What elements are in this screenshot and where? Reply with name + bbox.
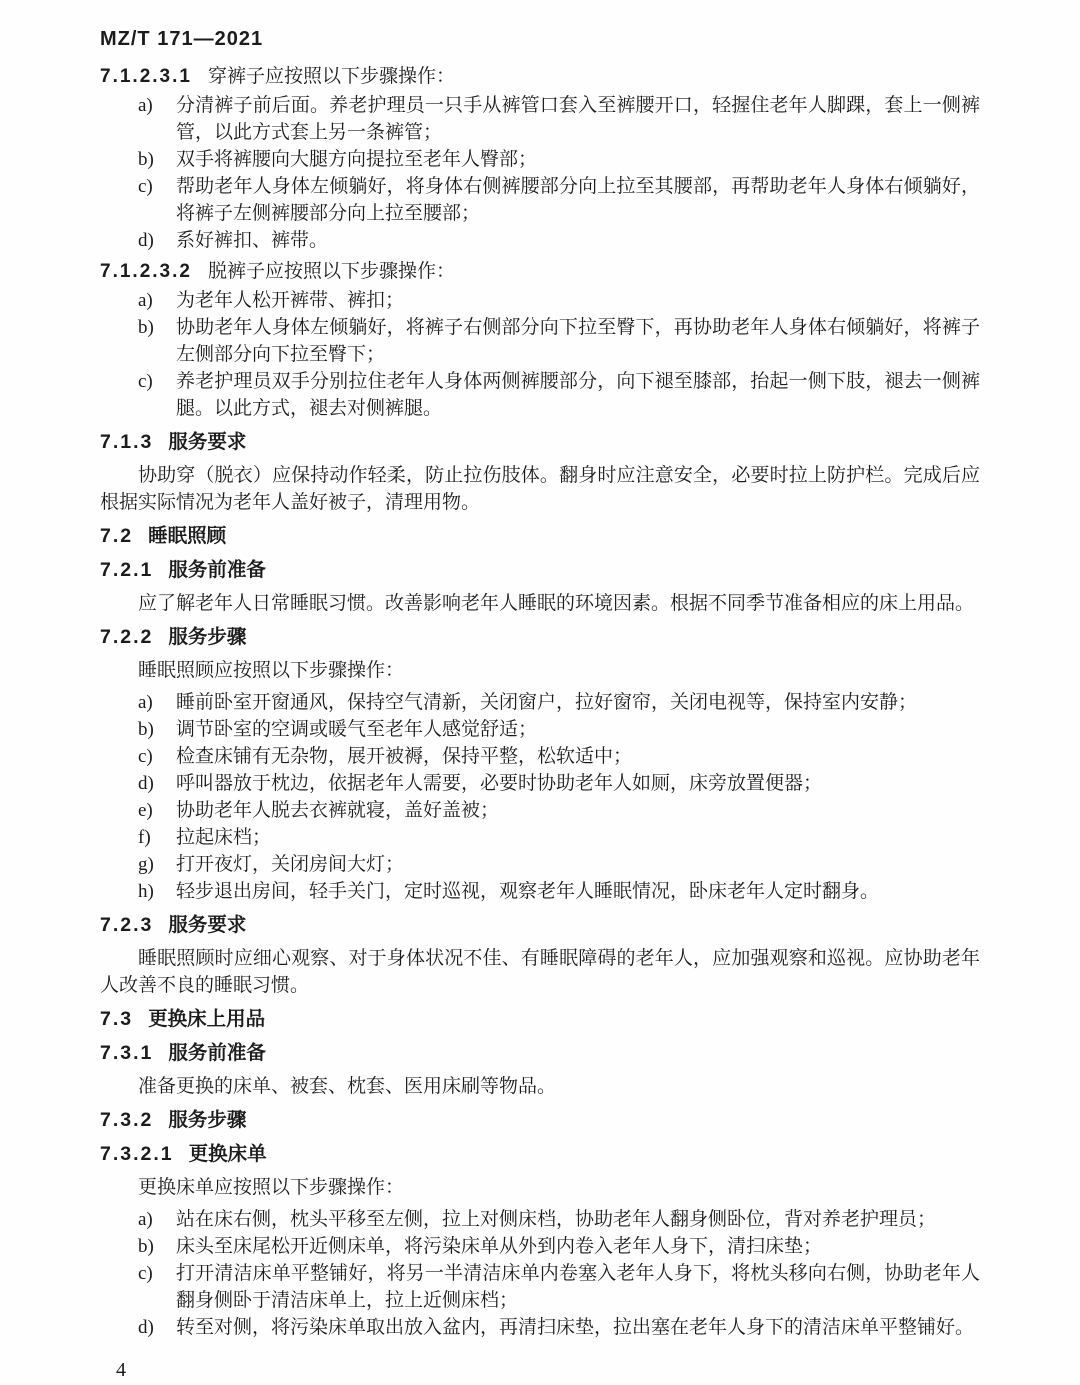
list-item-text: 分清裤子前后面。养老护理员一只手从裤管口套入至裤腰开口，轻握住老年人脚踝，套上一… [176,95,980,143]
list-item: a)为老年人松开裤带、裤扣； [100,287,980,314]
standard-number-header: MZ/T 171—2021 [100,26,980,53]
list-item-text: 检查床铺有无杂物，展开被褥，保持平整，松软适中； [176,746,632,767]
section-heading: 7.1.3服务要求 [100,429,980,456]
clause-text: 穿裤子应按照以下步骤操作： [208,66,455,87]
list-item-text: 帮助老年人身体左倾躺好，将身体右侧裤腰部分向上拉至其腰部，再帮助老年人身体右倾躺… [176,176,980,224]
clause-number: 7.2.3 [100,914,153,936]
list-item: b)床头至床尾松开近侧床单，将污染床单从外到内卷入老年人身下，清扫床垫； [100,1233,980,1260]
document-body: 7.1.2.3.1穿裤子应按照以下步骤操作：a)分清裤子前后面。养老护理员一只手… [100,63,980,1341]
list-item-label: c) [138,173,153,200]
list-item-text: 打开清洁床单平整铺好，将另一半清洁床单内卷塞入老年人身下，将枕头移向右侧，协助老… [176,1263,980,1311]
list-item-text: 转至对侧，将污染床单取出放入盆内，再清扫床垫，拉出塞在老年人身下的清洁床单平整铺… [176,1317,974,1338]
list-item-label: a) [138,689,153,716]
list-item-text: 床头至床尾松开近侧床单，将污染床单从外到内卷入老年人身下，清扫床垫； [176,1236,822,1257]
list-item: a)分清裤子前后面。养老护理员一只手从裤管口套入至裤腰开口，轻握住老年人脚踝，套… [100,92,980,146]
list-item: d)转至对侧，将污染床单取出放入盆内，再清扫床垫，拉出塞在老年人身下的清洁床单平… [100,1314,980,1341]
list-item-text: 协助老年人身体左倾躺好，将裤子右侧部分向下拉至臀下，再协助老年人身体右倾躺好，将… [176,317,980,365]
list-item: a)站在床右侧，枕头平移至左侧，拉上对侧床档，协助老年人翻身侧卧位，背对养老护理… [100,1206,980,1233]
list-item-label: e) [138,797,153,824]
clause-number: 7.1.2.3.1 [100,66,192,87]
list-item-text: 调节卧室的空调或暖气至老年人感觉舒适； [176,719,537,740]
clause-number: 7.3.1 [100,1042,153,1064]
clause-number: 7.1.2.3.2 [100,261,192,282]
clause-line: 7.1.2.3.1穿裤子应按照以下步骤操作： [100,63,980,90]
clause-number: 7.3 [100,1008,133,1030]
list-item-text: 双手将裤腰向大腿方向提拉至老年人臀部； [176,149,537,170]
document-page: MZ/T 171—2021 7.1.2.3.1穿裤子应按照以下步骤操作：a)分清… [0,0,1080,1385]
list-item-label: a) [138,92,153,119]
section-heading-title: 睡眠照顾 [148,525,226,547]
list-item-text: 站在床右侧，枕头平移至左侧，拉上对侧床档，协助老年人翻身侧卧位，背对养老护理员； [176,1209,936,1230]
list-item-label: a) [138,1206,153,1233]
list-item-text: 拉起床档； [176,827,271,848]
section-heading-title: 服务要求 [168,914,246,936]
list-item: a)睡前卧室开窗通风，保持空气清新，关闭窗户，拉好窗帘，关闭电视等，保持室内安静… [100,689,980,716]
paragraph: 睡眠照顾应按照以下步骤操作： [100,657,980,684]
section-heading-title: 服务步骤 [168,1109,246,1131]
list-item-label: b) [138,716,154,743]
list-item-label: g) [138,851,154,878]
clause-number: 7.2.1 [100,559,153,581]
list-item-text: 协助老年人脱去衣裤就寝，盖好盖被； [176,800,499,821]
clause-number: 7.2.2 [100,626,153,648]
list-item: b)调节卧室的空调或暖气至老年人感觉舒适； [100,716,980,743]
clause-line: 7.1.2.3.2脱裤子应按照以下步骤操作： [100,258,980,285]
list-item: c)养老护理员双手分别拉住老年人身体两侧裤腰部分，向下褪至膝部，抬起一侧下肢，褪… [100,368,980,422]
clause-number: 7.3.2 [100,1109,153,1131]
section-heading-title: 服务前准备 [168,559,266,581]
list-item: b)协助老年人身体左倾躺好，将裤子右侧部分向下拉至臀下，再协助老年人身体右倾躺好… [100,314,980,368]
list-item: d)呼叫器放于枕边，依据老年人需要，必要时协助老年人如厕，床旁放置便器； [100,770,980,797]
list-item-text: 呼叫器放于枕边，依据老年人需要，必要时协助老年人如厕，床旁放置便器； [176,773,822,794]
lettered-list: a)睡前卧室开窗通风，保持空气清新，关闭窗户，拉好窗帘，关闭电视等，保持室内安静… [100,689,980,905]
list-item: g)打开夜灯，关闭房间大灯； [100,851,980,878]
list-item-label: b) [138,1233,154,1260]
paragraph: 睡眠照顾时应细心观察、对于身体状况不佳、有睡眠障碍的老年人，应加强观察和巡视。应… [100,945,980,999]
list-item-label: a) [138,287,153,314]
list-item: c)检查床铺有无杂物，展开被褥，保持平整，松软适中； [100,743,980,770]
list-item-label: d) [138,770,154,797]
section-heading-title: 更换床单 [189,1143,267,1165]
list-item-text: 轻步退出房间，轻手关门，定时巡视，观察老年人睡眠情况，卧床老年人定时翻身。 [176,881,879,902]
clause-number: 7.1.3 [100,431,153,453]
list-item-label: b) [138,314,154,341]
section-heading-title: 服务前准备 [168,1042,266,1064]
page-number: 4 [116,1357,980,1384]
list-item-text: 养老护理员双手分别拉住老年人身体两侧裤腰部分，向下褪至膝部，抬起一侧下肢，褪去一… [176,371,980,419]
section-heading-title: 服务要求 [168,431,246,453]
list-item-text: 系好裤扣、裤带。 [176,230,328,251]
list-item-label: c) [138,368,153,395]
paragraph: 协助穿（脱衣）应保持动作轻柔，防止拉伤肢体。翻身时应注意安全，必要时拉上防护栏。… [100,462,980,516]
list-item-label: c) [138,1260,153,1287]
lettered-list: a)为老年人松开裤带、裤扣；b)协助老年人身体左倾躺好，将裤子右侧部分向下拉至臀… [100,287,980,422]
list-item-label: d) [138,1314,154,1341]
clause-number: 7.2 [100,525,133,547]
section-heading: 7.3更换床上用品 [100,1006,980,1033]
paragraph: 应了解老年人日常睡眠习惯。改善影响老年人睡眠的环境因素。根据不同季节准备相应的床… [100,590,980,617]
section-heading: 7.3.2.1更换床单 [100,1141,980,1168]
list-item-label: d) [138,227,154,254]
paragraph: 更换床单应按照以下步骤操作： [100,1174,980,1201]
section-heading: 7.2.3服务要求 [100,912,980,939]
list-item-label: h) [138,878,154,905]
list-item-text: 为老年人松开裤带、裤扣； [176,290,404,311]
list-item: b)双手将裤腰向大腿方向提拉至老年人臀部； [100,146,980,173]
list-item-label: c) [138,743,153,770]
clause-number: 7.3.2.1 [100,1143,174,1165]
list-item: d)系好裤扣、裤带。 [100,227,980,254]
list-item: c)打开清洁床单平整铺好，将另一半清洁床单内卷塞入老年人身下，将枕头移向右侧，协… [100,1260,980,1314]
list-item-text: 打开夜灯，关闭房间大灯； [176,854,404,875]
list-item-label: f) [138,824,151,851]
list-item-text: 睡前卧室开窗通风，保持空气清新，关闭窗户，拉好窗帘，关闭电视等，保持室内安静； [176,692,917,713]
section-heading: 7.3.2服务步骤 [100,1107,980,1134]
list-item: e)协助老年人脱去衣裤就寝，盖好盖被； [100,797,980,824]
list-item-label: b) [138,146,154,173]
section-heading: 7.3.1服务前准备 [100,1040,980,1067]
lettered-list: a)站在床右侧，枕头平移至左侧，拉上对侧床档，协助老年人翻身侧卧位，背对养老护理… [100,1206,980,1341]
section-heading: 7.2.2服务步骤 [100,624,980,651]
section-heading: 7.2睡眠照顾 [100,523,980,550]
section-heading-title: 服务步骤 [168,626,246,648]
list-item: f)拉起床档； [100,824,980,851]
clause-text: 脱裤子应按照以下步骤操作： [208,261,455,282]
section-heading: 7.2.1服务前准备 [100,557,980,584]
paragraph: 准备更换的床单、被套、枕套、医用床刷等物品。 [100,1073,980,1100]
list-item: h)轻步退出房间，轻手关门，定时巡视，观察老年人睡眠情况，卧床老年人定时翻身。 [100,878,980,905]
list-item: c)帮助老年人身体左倾躺好，将身体右侧裤腰部分向上拉至其腰部，再帮助老年人身体右… [100,173,980,227]
lettered-list: a)分清裤子前后面。养老护理员一只手从裤管口套入至裤腰开口，轻握住老年人脚踝，套… [100,92,980,254]
section-heading-title: 更换床上用品 [148,1008,265,1030]
